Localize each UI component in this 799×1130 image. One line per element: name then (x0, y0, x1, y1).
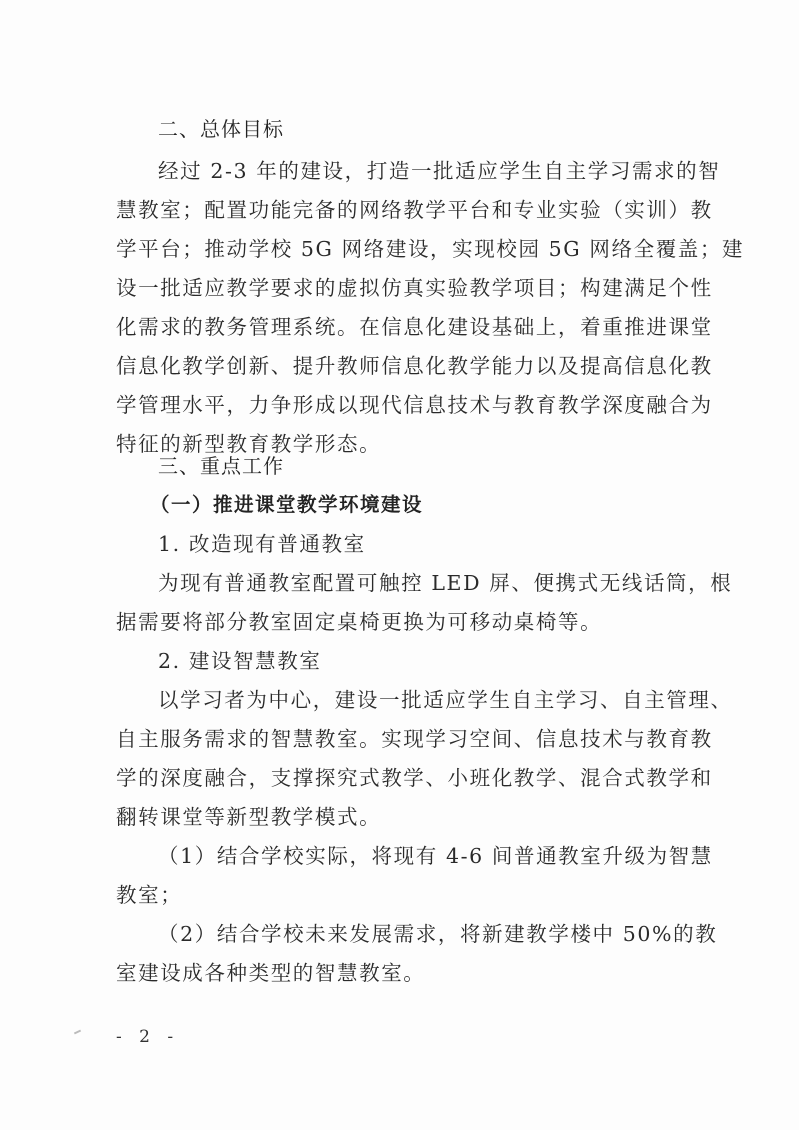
paragraph-line: 翻转课堂等新型教学模式。 (116, 804, 381, 830)
scan-artifact-mark (74, 1030, 81, 1035)
section-heading-overall-goal: 二、总体目标 (158, 116, 284, 142)
paragraph-line: 化需求的教务管理系统。在信息化建设基础上，着重推进课堂 (116, 314, 684, 340)
paragraph-line: 学平台；推动学校 5G 网络建设，实现校园 5G 网络全覆盖；建 (116, 236, 684, 262)
item-heading-smart-classrooms: 2. 建设智慧教室 (158, 648, 321, 674)
list-item-line: 室建设成各种类型的智慧教室。 (116, 960, 425, 986)
paragraph-line: 为现有普通教室配置可触控 LED 屏、便携式无线话筒，根 (158, 570, 684, 596)
subsection-heading-classroom-environment: （一）推进课堂教学环境建设 (150, 492, 423, 518)
paragraph-line: 据需要将部分教室固定桌椅更换为可移动桌椅等。 (116, 609, 602, 635)
paragraph-line: 慧教室；配置功能完备的网络教学平台和专业实验（实训）教 (116, 197, 684, 223)
paragraph-line: 设一批适应教学要求的虚拟仿真实验教学项目；构建满足个性 (116, 275, 684, 301)
document-page: 二、总体目标 经过 2-3 年的建设，打造一批适应学生自主学习需求的智 慧教室；… (0, 0, 799, 1130)
paragraph-line: 以学习者为中心，建设一批适应学生自主学习、自主管理、 (158, 687, 684, 713)
section-heading-key-work: 三、重点工作 (158, 453, 284, 479)
list-item-line: （1）结合学校实际，将现有 4-6 间普通教室升级为智慧 (158, 843, 684, 869)
paragraph-line: 学管理水平，力争形成以现代信息技术与教育教学深度融合为 (116, 392, 684, 418)
paragraph-line: 自主服务需求的智慧教室。实现学习空间、信息技术与教育教 (116, 726, 684, 752)
paragraph-line: 学的深度融合，支撑探究式教学、小班化教学、混合式教学和 (116, 765, 684, 791)
paragraph-line: 经过 2-3 年的建设，打造一批适应学生自主学习需求的智 (158, 158, 684, 184)
list-item-line: （2）结合学校未来发展需求，将新建教学楼中 50%的教 (158, 921, 684, 947)
page-number: - 2 - (116, 1027, 179, 1047)
item-heading-renovate-classrooms: 1. 改造现有普通教室 (158, 531, 366, 557)
paragraph-line: 信息化教学创新、提升教师信息化教学能力以及提高信息化教 (116, 353, 684, 379)
list-item-line: 教室； (116, 882, 182, 908)
